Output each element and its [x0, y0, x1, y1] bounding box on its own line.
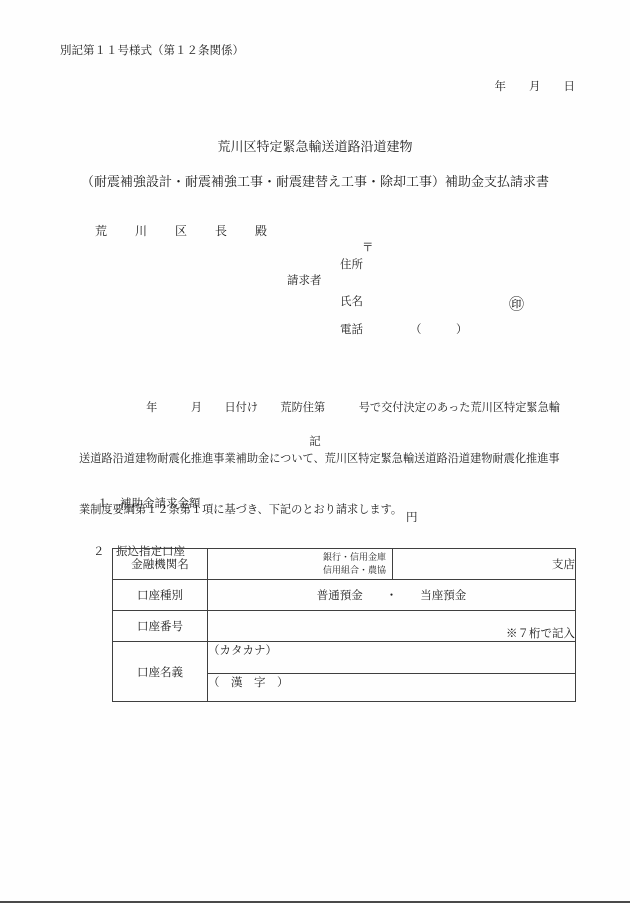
financial-institution-input-cell: 銀行・信用金庫 信用組合・農協 [208, 549, 393, 580]
branch-input-cell: 支店 [393, 549, 576, 580]
account-number-note: ※７桁で記入 [506, 628, 575, 640]
document-page: 別記第１１号様式（第１２条関係） 年 月 日 荒川区特定緊急輸送道路沿道建物 （… [0, 0, 630, 903]
body-line-2: 送道路沿道建物耐震化推進事業補助金について、荒川区特定緊急輸送道路沿道建物耐震化… [79, 451, 579, 468]
bank-type-options: 銀行・信用金庫 信用組合・農協 [208, 551, 392, 577]
document-title-line1: 荒川区特定緊急輸送道路沿道建物 [0, 136, 630, 155]
phone-label: 電話 [340, 324, 363, 338]
account-number-label: 口座番号 [113, 611, 208, 642]
section-marker: 記 [0, 436, 630, 450]
date-line: 年 月 日 [495, 81, 576, 95]
yen-unit-label: 円 [406, 512, 418, 526]
subsidy-amount-label: １ 補助金請求金額 [97, 498, 201, 512]
table-row-account-name-katakana: 口座名義 （カタカナ） [113, 642, 576, 674]
account-name-katakana-cell: （カタカナ） [208, 642, 576, 674]
document-title-line2: （耐震補強設計・耐震補強工事・耐震建替え工事・除却工事）補助金支払請求書 [0, 171, 630, 190]
body-paragraph: 年 月 日付け 荒防住第 号で交付決定のあった荒川区特定緊急輸 送道路沿道建物耐… [79, 366, 579, 553]
table-row-account-number: 口座番号 ※７桁で記入 [113, 611, 576, 642]
account-type-options: 普通預金 ・ 当座預金 [208, 580, 576, 611]
item-subsidy-amount: １ 補助金請求金額 円 [0, 484, 630, 500]
phone-parentheses: （ ） [410, 324, 468, 338]
account-type-label: 口座種別 [113, 580, 208, 611]
account-name-kanji-cell: （ 漢 字 ） [208, 674, 576, 702]
financial-institution-label: 金融機関名 [113, 549, 208, 580]
table-row-account-type: 口座種別 普通預金 ・ 当座預金 [113, 580, 576, 611]
bank-account-table: 金融機関名 銀行・信用金庫 信用組合・農協 支店 口座種別 普通預金 ・ 当座預… [112, 548, 576, 702]
branch-suffix-label: 支店 [552, 559, 575, 571]
item-transfer-account: ２ 振込指定口座 [0, 532, 630, 548]
table-row-financial-institution: 金融機関名 銀行・信用金庫 信用組合・農協 支店 [113, 549, 576, 580]
seal-icon: ㊞ [509, 293, 524, 314]
addressee: 荒 川 区 長 殿 [95, 222, 275, 239]
form-number: 別記第１１号様式（第１２条関係） [60, 45, 244, 59]
account-number-input-cell: ※７桁で記入 [208, 611, 576, 642]
body-line-1: 年 月 日付け 荒防住第 号で交付決定のあった荒川区特定緊急輸 [79, 400, 579, 417]
account-name-label: 口座名義 [113, 642, 208, 702]
name-label: 氏名 [340, 296, 363, 310]
requester-label: 請求者 [287, 275, 322, 289]
bank-type-line1: 銀行・信用金庫 [208, 551, 386, 564]
bank-type-line2: 信用組合・農協 [208, 564, 386, 577]
postal-mark-icon: 〒 [362, 242, 374, 256]
address-label: 住所 [340, 259, 363, 273]
